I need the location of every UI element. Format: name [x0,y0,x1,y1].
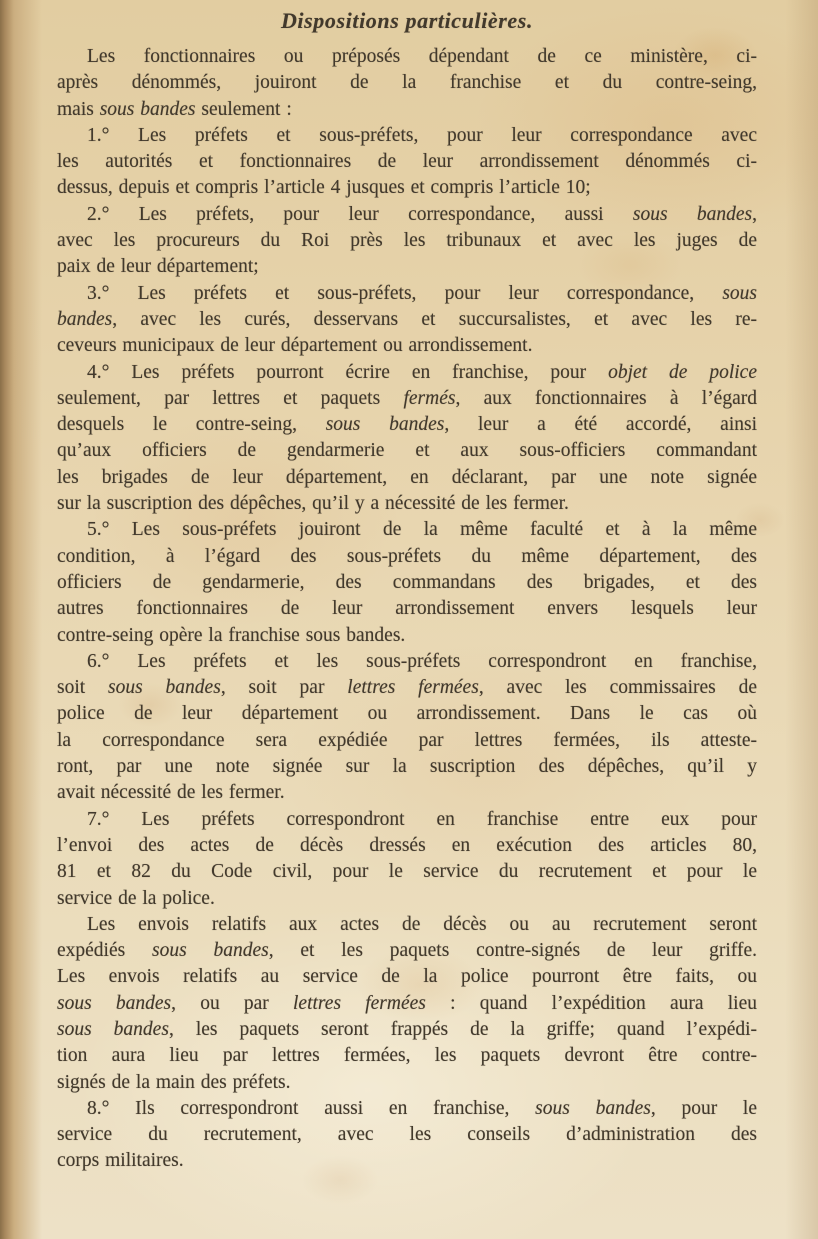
text-run: les brigades de leur département, en déc… [57,467,757,488]
text-line: 3.° Les préfets et sous-préfets, pour le… [57,281,757,307]
text-line: autres fonctionnaires de leur arrondisse… [57,596,757,622]
text-line: dessus, depuis et compris l’article 4 ju… [57,175,757,201]
text-line: tion aura lieu par lettres fermées, les … [57,1043,757,1069]
italic-run: sous bandes [152,940,269,961]
text-run: police de leur département ou arrondisse… [57,703,757,724]
text-run: autres fonctionnaires de leur arrondisse… [57,598,757,619]
text-line: ront, par une note signée sur la suscrip… [57,754,757,780]
paragraph: 1.° Les préfets et sous-préfets, pour le… [57,123,757,202]
paragraph: 4.° Les préfets pourront écrire en franc… [57,360,757,518]
text-line: les autorités et fonctionnaires de leur … [57,149,757,175]
text-run: contre-seing opère la franchise sous ban… [57,625,405,646]
text-body: Les fonctionnaires ou préposés dépendant… [57,44,757,1175]
text-line: 5.° Les sous-préfets jouiront de la même… [57,517,757,543]
text-run: Les fonctionnaires ou préposés dépendant… [87,46,757,67]
text-run: : quand l’expédition aura lieu [426,993,757,1014]
text-line: sous bandes, les paquets seront frappés … [57,1017,757,1043]
text-run: 4.° Les préfets pourront écrire en franc… [87,362,608,383]
text-run: mais [57,99,100,120]
italic-run: sous bandes [57,993,171,1014]
text-run: Les envois relatifs au service de la pol… [57,966,757,987]
text-line: expédiés sous bandes, et les paquets con… [57,938,757,964]
text-line: service du recrutement, avec les conseil… [57,1122,757,1148]
text-run: , et les paquets contre-signés de leur g… [269,940,757,961]
text-run: , leur a été accordé, ainsi [444,414,757,435]
text-run: après dénommés, jouiront de la franchise… [57,72,757,93]
italic-run: objet de police [608,362,757,383]
text-line: 6.° Les préfets et les sous-préfets corr… [57,649,757,675]
text-line: signés de la main des préfets. [57,1070,757,1096]
book-page: Dispositions particulières. Les fonction… [0,0,818,1239]
text-run: ceveurs municipaux de leur département o… [57,335,532,356]
text-run: soit [57,677,108,698]
text-run: desquels le contre-seing, [57,414,326,435]
text-line: avec les procureurs du Roi près les trib… [57,228,757,254]
text-line: qu’aux officiers de gendarmerie et aux s… [57,438,757,464]
text-line: bandes, avec les curés, desservans et su… [57,307,757,333]
text-run: , [752,204,757,225]
text-run: tion aura lieu par lettres fermées, les … [57,1045,757,1066]
paragraph: 3.° Les préfets et sous-préfets, pour le… [57,281,757,360]
text-line: soit sous bandes, soit par lettres fermé… [57,675,757,701]
text-run: avait nécessité de les fermer. [57,782,285,803]
text-run: paix de leur département; [57,256,259,277]
text-run: dessus, depuis et compris l’article 4 ju… [57,177,591,198]
text-run: Les envois relatifs aux actes de décès o… [87,914,757,935]
text-run: seulement : [196,99,292,120]
text-line: police de leur département ou arrondisse… [57,701,757,727]
italic-run: fermés [403,388,455,409]
text-line: seulement, par lettres et paquets fermés… [57,386,757,412]
text-line: desquels le contre-seing, sous bandes, l… [57,412,757,438]
text-line: Les fonctionnaires ou préposés dépendant… [57,44,757,70]
italic-run: lettres fermées [347,677,479,698]
text-run: 1.° Les préfets et sous-préfets, pour le… [87,125,757,146]
italic-run: sous bandes [633,204,752,225]
italic-run: sous [722,283,757,304]
text-line: après dénommés, jouiront de la franchise… [57,70,757,96]
text-run: les autorités et fonctionnaires de leur … [57,151,757,172]
paragraph: 8.° Ils correspondront aussi en franchis… [57,1096,757,1175]
text-line: contre-seing opère la franchise sous ban… [57,623,757,649]
text-run: , pour le [651,1098,757,1119]
text-line: 2.° Les préfets, pour leur correspondanc… [57,202,757,228]
text-run: 2.° Les préfets, pour leur correspondanc… [87,204,633,225]
italic-run: sous bandes [535,1098,651,1119]
paragraph: Les fonctionnaires ou préposés dépendant… [57,44,757,123]
italic-run: lettres fermées [293,993,426,1014]
text-run: 81 et 82 du Code civil, pour le service … [57,861,757,882]
text-run: officiers de gendarmerie, des commandans… [57,572,757,593]
text-run: la correspondance sera expédiée par lett… [57,730,757,751]
text-line: l’envoi des actes de décès dressés en ex… [57,833,757,859]
text-line: 4.° Les préfets pourront écrire en franc… [57,360,757,386]
text-line: sur la suscription des dépêches, qu’il y… [57,491,757,517]
text-line: 1.° Les préfets et sous-préfets, pour le… [57,123,757,149]
text-run: l’envoi des actes de décès dressés en ex… [57,835,757,856]
text-line: officiers de gendarmerie, des commandans… [57,570,757,596]
text-run: , soit par [221,677,347,698]
text-run: 8.° Ils correspondront aussi en franchis… [87,1098,535,1119]
text-run: , les paquets seront frappés de la griff… [169,1019,757,1040]
paragraph: 2.° Les préfets, pour leur correspondanc… [57,202,757,281]
text-line: 7.° Les préfets correspondront en franch… [57,807,757,833]
text-run: seulement, par lettres et paquets [57,388,403,409]
page-title: Dispositions particulières. [57,8,757,34]
text-line: ceveurs municipaux de leur département o… [57,333,757,359]
text-run: service de la police. [57,888,215,909]
text-line: la correspondance sera expédiée par lett… [57,728,757,754]
paragraph: Les envois relatifs aux actes de décès o… [57,912,757,1096]
text-line: Les envois relatifs aux actes de décès o… [57,912,757,938]
text-run: , avec les commissaires de [479,677,757,698]
text-line: avait nécessité de les fermer. [57,780,757,806]
text-run: , aux fonctionnaires à l’égard [455,388,757,409]
paragraph: 7.° Les préfets correspondront en franch… [57,807,757,912]
text-run: signés de la main des préfets. [57,1072,291,1093]
text-run: avec les procureurs du Roi près les trib… [57,230,757,251]
text-run: , ou par [171,993,293,1014]
text-run: condition, à l’égard des sous-préfets du… [57,546,757,567]
paragraph: 5.° Les sous-préfets jouiront de la même… [57,517,757,648]
text-line: 81 et 82 du Code civil, pour le service … [57,859,757,885]
text-line: service de la police. [57,886,757,912]
text-run: qu’aux officiers de gendarmerie et aux s… [57,440,757,461]
italic-run: sous bandes [108,677,221,698]
text-line: sous bandes, ou par lettres fermées : qu… [57,991,757,1017]
text-run: corps militaires. [57,1150,184,1171]
text-line: Les envois relatifs au service de la pol… [57,964,757,990]
text-run: service du recrutement, avec les conseil… [57,1124,757,1145]
italic-run: sous bandes [100,99,196,120]
text-line: mais sous bandes seulement : [57,97,757,123]
text-line: les brigades de leur département, en déc… [57,465,757,491]
italic-run: sous bandes [326,414,445,435]
italic-run: bandes [57,309,112,330]
text-line: 8.° Ils correspondront aussi en franchis… [57,1096,757,1122]
text-run: ront, par une note signée sur la suscrip… [57,756,757,777]
text-run: , avec les curés, desservans et succursa… [112,309,757,330]
paragraph: 6.° Les préfets et les sous-préfets corr… [57,649,757,807]
italic-run: sous bandes [57,1019,169,1040]
text-run: sur la suscription des dépêches, qu’il y… [57,493,569,514]
text-run: 5.° Les sous-préfets jouiront de la même… [87,519,757,540]
text-line: paix de leur département; [57,254,757,280]
text-run: 7.° Les préfets correspondront en franch… [87,809,757,830]
text-run: 3.° Les préfets et sous-préfets, pour le… [87,283,722,304]
text-line: condition, à l’égard des sous-préfets du… [57,544,757,570]
text-run: 6.° Les préfets et les sous-préfets corr… [87,651,757,672]
text-line: corps militaires. [57,1148,757,1174]
text-run: expédiés [57,940,152,961]
